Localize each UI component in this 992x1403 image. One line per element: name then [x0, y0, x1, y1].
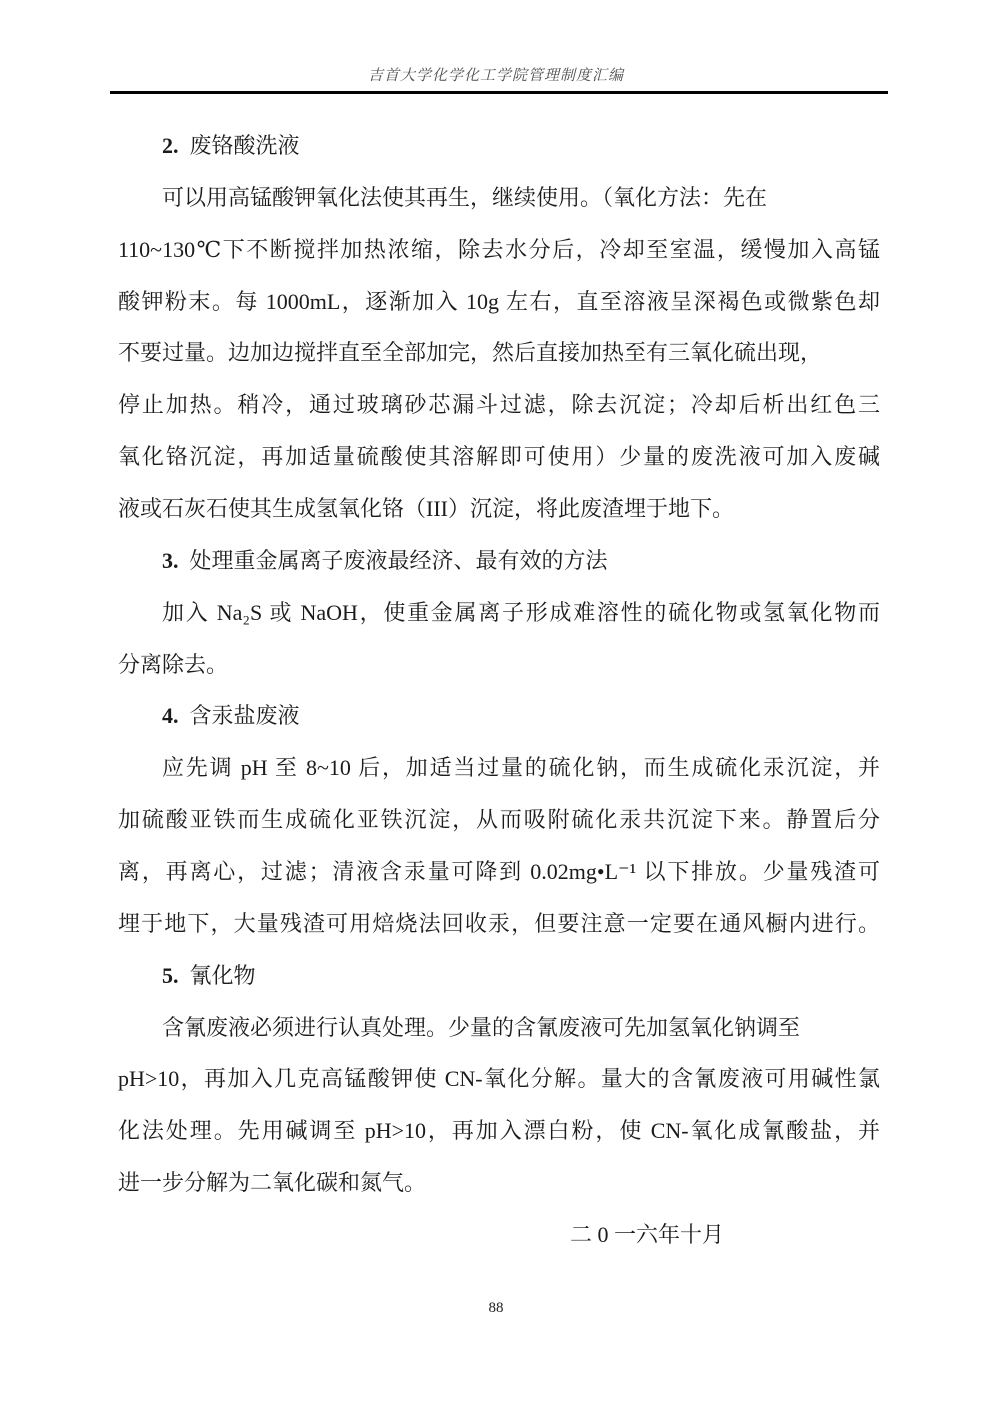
- section-title: 废铬酸洗液: [190, 133, 300, 158]
- running-header-title: 吉首大学化学化工学院管理制度汇编: [0, 64, 992, 85]
- document-page: 吉首大学化学化工学院管理制度汇编 2.废铬酸洗液 可以用高锰酸钾氧化法使其再生，…: [0, 0, 992, 1403]
- text-line: 化法处理。先用碱调至 pH>10，再加入漂白粉，使 CN-氧化成氰酸盐，并: [118, 1105, 880, 1157]
- text-line: 分离除去。: [118, 639, 880, 691]
- text-line: 加入 Na₂S 或 NaOH，使重金属离子形成难溶性的硫化物或氢氧化物而: [118, 587, 880, 639]
- section-title: 含汞盐废液: [190, 703, 300, 728]
- text-line: 埋于地下，大量残渣可用焙烧法回收汞，但要注意一定要在通风橱内进行。: [118, 898, 880, 950]
- section-title: 氰化物: [190, 963, 256, 988]
- text-line: 应先调 pH 至 8~10 后，加适当过量的硫化钠，而生成硫化汞沉淀，并: [118, 742, 880, 794]
- section-number: 4.: [162, 703, 179, 728]
- section-title: 处理重金属离子废液最经济、最有效的方法: [190, 548, 608, 573]
- header-rule: [110, 91, 888, 94]
- text-line: 停止加热。稍冷，通过玻璃砂芯漏斗过滤，除去沉淀；冷却后析出红色三: [118, 379, 880, 431]
- text-line: pH>10，再加入几克高锰酸钾使 CN-氧化分解。量大的含氰废液可用碱性氯: [118, 1053, 880, 1105]
- text-line: 离，再离心，过滤；清液含汞量可降到 0.02mg•L⁻¹ 以下排放。少量残渣可: [118, 846, 880, 898]
- text-line: 可以用高锰酸钾氧化法使其再生，继续使用。（氧化方法：先在: [118, 172, 880, 224]
- text-line: 含氰废液必须进行认真处理。少量的含氰废液可先加氢氧化钠调至: [118, 1002, 880, 1054]
- text-line: 氧化铬沉淀，再加适量硫酸使其溶解即可使用）少量的废洗液可加入废碱: [118, 431, 880, 483]
- page-footer: 88: [0, 1300, 992, 1317]
- text-line: 进一步分解为二氧化碳和氮气。: [118, 1157, 880, 1209]
- text-line: 不要过量。边加边搅拌直至全部加完，然后直接加热至有三氧化硫出现，: [118, 327, 880, 379]
- section-heading-3: 3.处理重金属离子废液最经济、最有效的方法: [118, 535, 880, 587]
- section-number: 3.: [162, 548, 179, 573]
- section-heading-2: 2.废铬酸洗液: [118, 120, 880, 172]
- document-body: 2.废铬酸洗液 可以用高锰酸钾氧化法使其再生，继续使用。（氧化方法：先在 110…: [118, 120, 880, 1261]
- section-heading-4: 4.含汞盐废液: [118, 690, 880, 742]
- section-number: 5.: [162, 963, 179, 988]
- section-heading-5: 5.氰化物: [118, 950, 880, 1002]
- section-number: 2.: [162, 133, 179, 158]
- text-line: 酸钾粉末。每 1000mL，逐渐加入 10g 左右，直至溶液呈深褐色或微紫色却: [118, 276, 880, 328]
- date-line: 二 0 一六年十月: [118, 1209, 880, 1261]
- text-line: 加硫酸亚铁而生成硫化亚铁沉淀，从而吸附硫化汞共沉淀下来。静置后分: [118, 794, 880, 846]
- text-line: 110~130℃下不断搅拌加热浓缩，除去水分后，冷却至室温，缓慢加入高锰: [118, 224, 880, 276]
- text-line: 液或石灰石使其生成氢氧化铬（III）沉淀，将此废渣埋于地下。: [118, 483, 880, 535]
- page-number: 88: [489, 1300, 504, 1316]
